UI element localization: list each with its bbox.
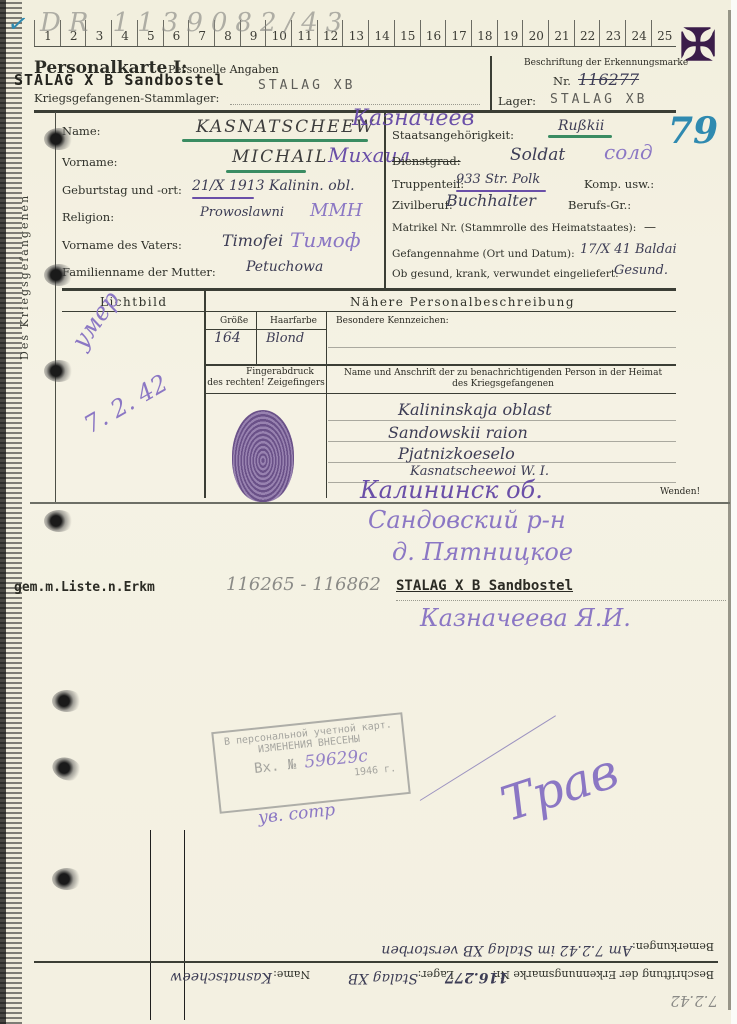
dienstgrad-russian: солд <box>604 140 653 164</box>
staat-underline <box>548 135 612 138</box>
death-note-word: умер <box>66 286 125 354</box>
gefangennahme-value: 17/X 41 Baldai <box>580 242 677 257</box>
berufsgr-label: Berufs-Gr.: <box>568 198 631 212</box>
header-divider <box>490 56 492 110</box>
punch-hole <box>52 690 82 712</box>
dienstgrad-label: Dienstgrad: <box>392 154 461 168</box>
geburt-value: 21/X 1913 Kalinin. obl. <box>192 178 355 194</box>
contact-line-1 <box>328 420 676 421</box>
vater-value: Timofei <box>222 231 283 250</box>
fingerprint-divider <box>326 312 327 498</box>
ruler-cell: 21 <box>548 20 575 46</box>
section-header-rule <box>206 311 676 312</box>
remarks-label: Bemerkungen: <box>632 940 714 953</box>
footer-tag-label: Beschriftung der Erkennungsmarke Nr. <box>493 968 714 981</box>
personal-divider <box>384 112 386 288</box>
personalkarte-document: 1234567891011121314151617181920212223242… <box>0 0 737 1024</box>
staat-value: Rußkii <box>558 118 604 134</box>
gesund-value: Gesund. <box>614 263 668 278</box>
left-margin-rule <box>55 112 56 504</box>
photo-divider <box>204 290 206 498</box>
blue-check-mark: ✓ <box>6 8 31 39</box>
matrikel-value: — <box>644 220 656 234</box>
contact-rule-top <box>206 364 676 366</box>
vorname-underline <box>226 170 306 173</box>
geburt-label: Geburtstag und -ort: <box>62 183 182 197</box>
typed-camp-lower: STALAG X B Sandbostel <box>396 578 573 594</box>
camp-label: Kriegsgefangenen-Stammlager: <box>34 91 219 105</box>
remarks-value: Am 7.2.42 im Stalag XB verstorben <box>381 942 632 958</box>
hair-label: Haarfarbe <box>270 316 317 326</box>
russian-line-3: д. Пятницкое <box>392 538 573 566</box>
footer-name-label: Name: <box>273 968 310 981</box>
gefangennahme-label: Gefangennahme (Ort und Datum): <box>392 248 575 260</box>
marks-line <box>328 347 676 348</box>
truppenteil-label: Truppenteil: <box>392 177 464 191</box>
ruler-cell: 20 <box>522 20 549 46</box>
gesund-label: Ob gesund, krank, verwundet eingeliefert… <box>392 268 619 280</box>
zivilberuf-label: Zivilberuf: <box>392 198 453 212</box>
ruler-cell: 18 <box>471 20 498 46</box>
punch-hole <box>44 510 74 532</box>
geburt-underline <box>192 197 254 199</box>
ruler-cell: 25 <box>651 20 678 46</box>
punch-hole <box>44 360 74 382</box>
ruler-cell: 17 <box>445 20 472 46</box>
card-edge-right <box>728 10 731 1010</box>
tag-nr-value: 116277 <box>578 70 639 89</box>
footer-rule <box>34 961 718 963</box>
vater-label: Vorname des Vaters: <box>62 238 182 252</box>
dienstgrad-value: Soldat <box>510 145 565 165</box>
ruler-baseline <box>34 46 676 47</box>
blue-annotation: 79 <box>668 110 718 152</box>
hair-value: Blond <box>266 331 304 346</box>
fingerprint-label-1: Fingerabdruck <box>236 367 324 377</box>
punch-hole <box>44 128 74 150</box>
fingerprint-header-rule <box>206 393 676 394</box>
matrikel-label: Matrikel Nr. (Stammrolle des Heimatstaat… <box>392 222 636 234</box>
ruler-cell: 19 <box>497 20 524 46</box>
vorname-label: Vorname: <box>62 155 118 169</box>
contact-line-1-text: Kalininskaja oblast <box>398 400 552 419</box>
height-value: 164 <box>214 330 241 346</box>
mutter-value: Petuchowa <box>246 259 323 275</box>
contact-header-2: des Kriegsgefangenen <box>330 379 676 389</box>
russian-line-4: Казначеева Я.И. <box>420 604 631 632</box>
footer-name-value: Kasnatscheew <box>170 969 272 985</box>
mutter-label: Familienname der Mutter: <box>62 265 216 279</box>
staat-label: Staatsangehörigkeit: <box>392 128 514 142</box>
religion-label: Religion: <box>62 210 114 224</box>
signature: Трав <box>494 743 625 833</box>
scan-edge-right <box>731 0 737 1024</box>
tag-nr-label: Nr. <box>553 74 571 88</box>
footer-upside-down: 7.2.42 Beschriftung der Erkennungsmarke … <box>34 918 718 1018</box>
russian-line-2: Сандовский р-н <box>368 506 566 534</box>
ruler-cell: 16 <box>420 20 447 46</box>
name-underline <box>182 139 368 142</box>
pencil-number-range: 116265 - 116862 <box>226 574 381 595</box>
vater-russian: Тимоф <box>290 228 361 252</box>
punch-hole <box>44 264 74 286</box>
lower-dotline <box>396 600 726 601</box>
death-note-date: 7. 2. 42 <box>79 369 172 439</box>
fingerprint-image <box>232 410 294 502</box>
stamp-prefix: Вх. № <box>253 757 297 777</box>
pencil-archive-number: DR 1139082/43 <box>40 8 350 38</box>
truppenteil-value: 933 Str. Polk <box>456 172 540 187</box>
ruler-cell: 22 <box>574 20 601 46</box>
height-label: Größe <box>220 316 248 326</box>
ruler-cell: 14 <box>368 20 395 46</box>
camp-dotline <box>230 104 480 105</box>
footer-lager-label: Lager: <box>418 968 454 981</box>
religion-value: Prowoslawni <box>200 205 284 220</box>
tag-caption: Beschriftung der Erkennungsmarke <box>524 58 688 68</box>
russian-line-1: Калининск об. <box>360 476 543 504</box>
contact-line-3-text: Pjatnizkoeselo <box>398 444 515 463</box>
vorname-value: MICHAIL <box>232 147 328 167</box>
typed-camp-name: STALAG X B Sandbostel <box>14 71 225 89</box>
footer-lager-value: Stalag XB <box>348 970 418 986</box>
ruler-cell: 24 <box>625 20 652 46</box>
lager-value: STALAG XB <box>550 92 647 107</box>
vertical-label: Des Kriegsgefangenen <box>18 194 31 360</box>
turn-label: Wenden! <box>660 487 700 497</box>
table-col-rule <box>256 312 257 364</box>
ruler-cell: 23 <box>599 20 626 46</box>
zivilberuf-value: Buchhalter <box>446 191 536 210</box>
personal-rule-bottom <box>62 288 676 291</box>
punch-hole <box>52 868 82 890</box>
marks-label: Besondere Kennzeichen: <box>336 316 449 326</box>
scan-edge-left-dark <box>0 0 6 1024</box>
soviet-registration-stamp: В персональной учетной карт. ИЗМЕНЕНИЯ В… <box>211 712 411 814</box>
lager-label: Lager: <box>498 94 536 108</box>
religion-russian: ММН <box>310 200 363 221</box>
typed-list-note: gem.m.Liste.n.Erkm <box>14 580 155 595</box>
contact-header-1: Name und Anschrift der zu benachrichtige… <box>330 368 676 378</box>
fingerprint-label-2: des rechten! Zeigefingers <box>206 378 326 388</box>
punch-hole <box>49 754 85 785</box>
footer-date-note: 7.2.42 <box>670 992 718 1010</box>
ruler-cell: 15 <box>394 20 421 46</box>
komp-label: Komp. usw.: <box>584 177 654 191</box>
name-value: KASNATSCHEEW <box>196 117 375 137</box>
footer-tag-value: 116.277 <box>445 969 508 985</box>
section-header: Nähere Personalbeschreibung <box>350 295 575 309</box>
contact-line-2-text: Sandowskii raion <box>388 423 528 442</box>
stamped-camp-name: STALAG XB <box>258 78 355 93</box>
